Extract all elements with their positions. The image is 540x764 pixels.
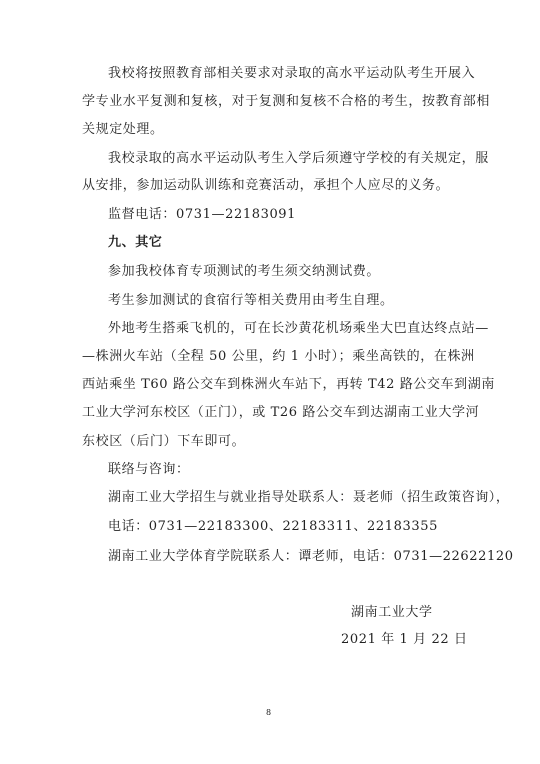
fee-note: 参加我校体育专项测试的考生须交纳测试费。: [108, 264, 380, 280]
paragraph-recheck-line-1: 我校将按照教育部相关要求对录取的高水平运动队考生开展入: [108, 66, 458, 82]
paragraph-transport-line-5: 东校区（后门）下车即可。: [82, 434, 245, 450]
paragraph-transport-line-3: 西站乘坐 T60 路公交车到株洲火车站下，再转 T42 路公交车到湖南: [82, 377, 458, 393]
contact-admissions-phone: 电话：0731—22183300、22183311、22183355: [108, 519, 438, 535]
signature: 湖南工业大学: [351, 605, 433, 621]
paragraph-recheck-line-2: 学专业水平复测和复核，对于复测和复核不合格的考生，按教育部相: [82, 94, 458, 110]
page-number: 8: [266, 708, 271, 718]
expense-note: 考生参加测试的食宿行等相关费用由考生自理。: [108, 293, 394, 309]
document-page: 我校将按照教育部相关要求对录取的高水平运动队考生开展入 学专业水平复测和复核，对…: [0, 0, 540, 764]
contact-admissions: 湖南工业大学招生与就业指导处联系人：聂老师（招生政策咨询），: [108, 490, 458, 506]
paragraph-transport-line-1: 外地考生搭乘飞机的，可在长沙黄花机场乘坐大巴直达终点站—: [108, 321, 458, 337]
contact-heading: 联络与咨询：: [108, 462, 190, 478]
supervision-phone: 监督电话：0731—22183091: [108, 207, 296, 223]
paragraph-transport-line-4: 工业大学河东校区（正门），或 T26 路公交车到达湖南工业大学河: [82, 405, 458, 421]
paragraph-recheck-line-3: 关规定处理。: [82, 122, 164, 138]
paragraph-rules-line-1: 我校录取的高水平运动队考生入学后须遵守学校的有关规定，服: [108, 151, 458, 167]
paragraph-rules-line-2: 从安排，参加运动队训练和竞赛活动，承担个人应尽的义务。: [82, 178, 449, 194]
paragraph-transport-line-2: —株洲火车站（全程 50 公里，约 1 小时）；乘坐高铁的，在株洲: [82, 349, 458, 365]
date: 2021 年 1 月 22 日: [341, 632, 468, 648]
contact-sports: 湖南工业大学体育学院联系人：谭老师，电话：0731—22622120: [108, 549, 514, 565]
section-heading: 九、其它: [108, 235, 162, 251]
